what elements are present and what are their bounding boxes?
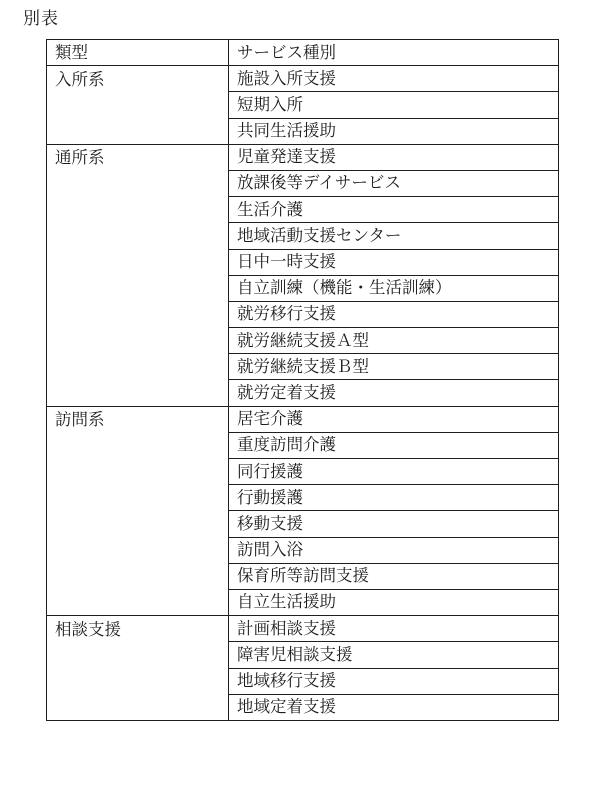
- service-cell: 保育所等訪問支援: [229, 563, 559, 589]
- header-service: サービス種別: [229, 40, 559, 66]
- table-row: 入所系 施設入所支援: [47, 66, 559, 92]
- service-cell: 地域定着支援: [229, 694, 559, 720]
- table-row: 訪問系 居宅介護: [47, 406, 559, 432]
- service-cell: 計画相談支援: [229, 616, 559, 642]
- category-cell: 相談支援: [47, 616, 229, 721]
- category-cell: 訪問系: [47, 406, 229, 616]
- page-title: 別表: [23, 8, 59, 30]
- service-cell: 放課後等デイサービス: [229, 170, 559, 196]
- service-cell: 障害児相談支援: [229, 642, 559, 668]
- category-cell: 入所系: [47, 66, 229, 145]
- header-category: 類型: [47, 40, 229, 66]
- service-cell: 地域移行支援: [229, 668, 559, 694]
- service-cell: 訪問入浴: [229, 537, 559, 563]
- service-cell: 就労継続支援Ｂ型: [229, 354, 559, 380]
- service-cell: 行動援護: [229, 485, 559, 511]
- service-cell: 児童発達支援: [229, 144, 559, 170]
- service-cell: 同行援護: [229, 459, 559, 485]
- table-row: 通所系 児童発達支援: [47, 144, 559, 170]
- service-cell: 就労継続支援Ａ型: [229, 328, 559, 354]
- service-cell: 就労定着支援: [229, 380, 559, 406]
- service-cell: 生活介護: [229, 197, 559, 223]
- service-table: 類型 サービス種別 入所系 施設入所支援 短期入所 共同生活援助 通所系 児童発…: [46, 39, 559, 721]
- service-cell: 自立生活援助: [229, 589, 559, 615]
- service-cell: 施設入所支援: [229, 66, 559, 92]
- service-cell: 居宅介護: [229, 406, 559, 432]
- service-cell: 地域活動支援センター: [229, 223, 559, 249]
- table-row: 相談支援 計画相談支援: [47, 616, 559, 642]
- service-cell: 移動支援: [229, 511, 559, 537]
- service-cell: 自立訓練（機能・生活訓練）: [229, 275, 559, 301]
- service-cell: 就労移行支援: [229, 301, 559, 327]
- table-header-row: 類型 サービス種別: [47, 40, 559, 66]
- category-cell: 通所系: [47, 144, 229, 406]
- service-cell: 日中一時支援: [229, 249, 559, 275]
- service-cell: 共同生活援助: [229, 118, 559, 144]
- service-cell: 重度訪問介護: [229, 432, 559, 458]
- service-cell: 短期入所: [229, 92, 559, 118]
